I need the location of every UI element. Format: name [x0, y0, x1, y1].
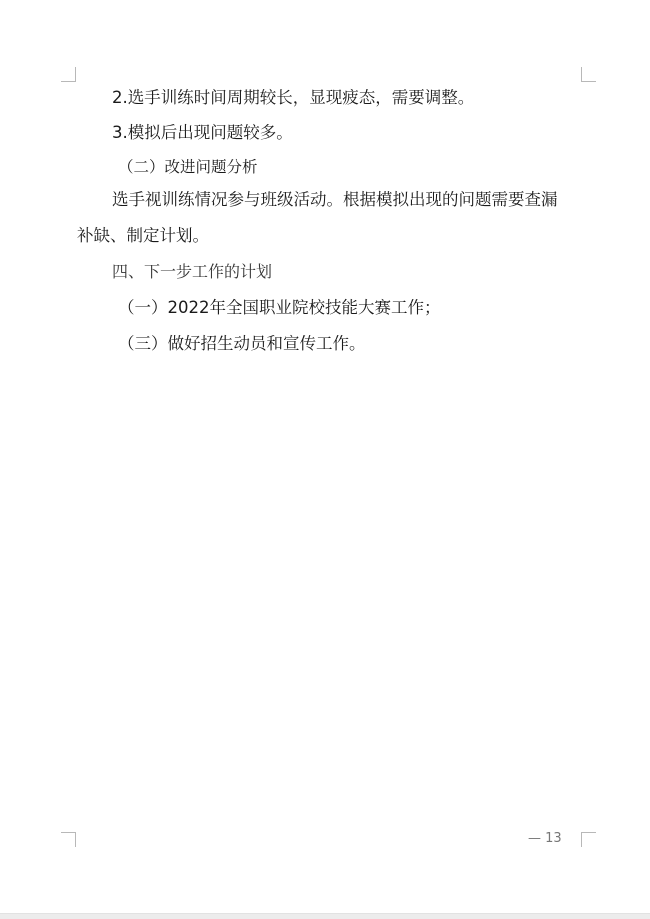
crop-mark-top-right — [581, 67, 596, 82]
crop-mark-bottom-left — [61, 832, 76, 847]
section-heading-next-plan: 四、下一步工作的计划 — [112, 262, 272, 282]
section-heading-analysis: （二）改进问题分析 — [118, 157, 258, 177]
paragraph-item-2: 2.选手训练时间周期较长，显现疲态，需要调整。 — [112, 88, 474, 108]
paragraph-item-3: 3.模拟后出现问题较多。 — [112, 123, 293, 143]
plan-item-1: （一）2022年全国职业院校技能大赛工作； — [118, 298, 441, 318]
document-page: 2.选手训练时间周期较长，显现疲态，需要调整。 3.模拟后出现问题较多。 （二）… — [0, 0, 650, 913]
crop-mark-bottom-right — [581, 832, 596, 847]
paragraph-analysis-line-1: 选手视训练情况参与班级活动。根据模拟出现的问题需要查漏 — [112, 190, 558, 210]
page-bottom-edge — [0, 913, 650, 919]
crop-mark-top-left — [61, 67, 76, 82]
page-number: — 13 — [528, 831, 562, 846]
paragraph-analysis-line-2: 补缺、制定计划。 — [77, 226, 209, 246]
plan-item-3: （三）做好招生动员和宣传工作。 — [118, 334, 366, 354]
